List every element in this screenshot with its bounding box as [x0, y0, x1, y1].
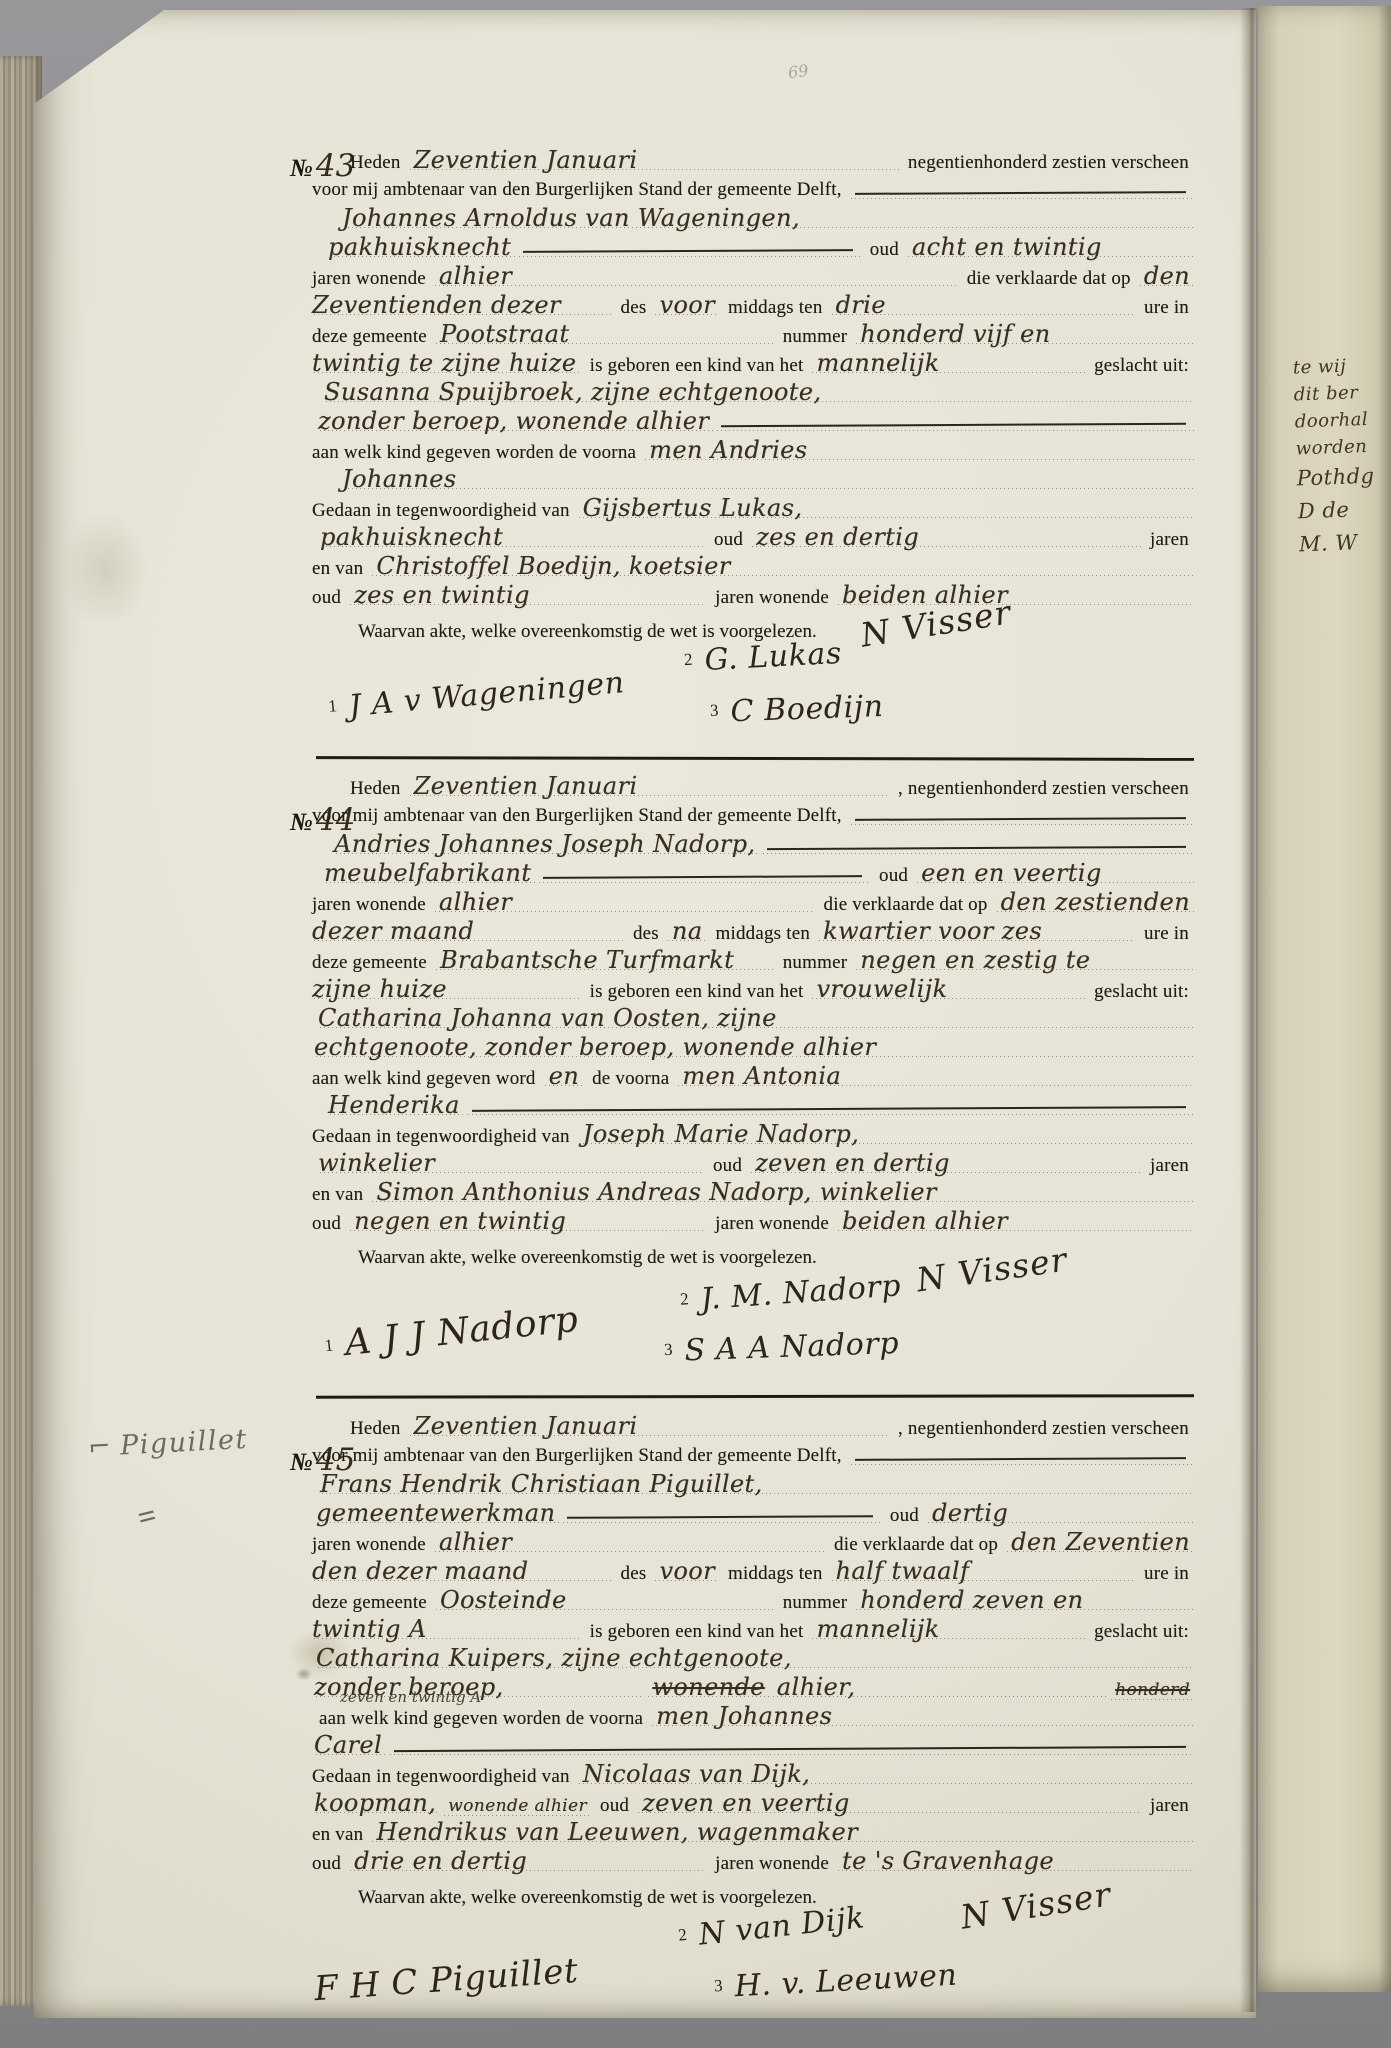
margin-note-line: doorhal	[1294, 404, 1391, 436]
form-row: Johannes Arnoldus van Wageningen,	[312, 204, 1196, 233]
handwritten-entry: wonende alhier	[442, 1792, 593, 1821]
pen-stroke	[561, 1499, 883, 1528]
signature-name: F H C Piguillet	[313, 1951, 580, 2009]
printed-form-text: is geboren een kind van het	[583, 351, 811, 380]
handwritten-entry: pakhuisknecht	[328, 233, 517, 262]
form-row: pakhuisknechtoudzes en dertigjaren	[312, 523, 1196, 552]
handwritten-entry: alhier	[433, 1528, 827, 1557]
printed-form-text: jaren wonende	[708, 1849, 836, 1878]
handwritten-entry: acht en twintig	[906, 233, 1196, 262]
printed-form-text: is geboren een kind van het	[583, 977, 811, 1006]
printed-form-text: deze gemeente	[312, 322, 434, 351]
signature-name: C Boedijn	[730, 689, 884, 729]
handwritten-entry: men Andries	[643, 436, 1196, 465]
form-row: deze gemeenteOosteindenummerhonderd zeve…	[312, 1586, 1196, 1615]
printed-form-text: jaren	[1143, 1791, 1196, 1820]
printed-form-text: Heden	[350, 1414, 408, 1443]
handwritten-entry: koopman,	[314, 1789, 442, 1818]
signature-index-label: 1	[328, 696, 338, 716]
handwritten-entry: den dezer maand	[312, 1557, 614, 1586]
printed-form-text: en van	[312, 1820, 370, 1849]
printed-form-text: nummer	[776, 322, 855, 351]
printed-form-text: oud	[593, 1791, 636, 1820]
handwritten-entry: alhier	[433, 262, 960, 291]
printed-form-text: ure in	[1137, 919, 1196, 948]
handwritten-entry: negen en twintig	[348, 1207, 708, 1236]
form-row: Henderika	[312, 1091, 1196, 1120]
printed-form-text: voor mij ambtenaar van den Burgerlijken …	[312, 801, 849, 830]
handwritten-entry: meubelfabrikant	[324, 859, 537, 888]
pen-stroke	[761, 830, 1196, 859]
handwritten-entry: kwartier voor zes	[817, 917, 1137, 946]
handwritten-entry: zijne huize	[312, 975, 583, 1004]
handwritten-entry: Simon Anthonius Andreas Nadorp, winkelie…	[370, 1178, 1196, 1207]
handwritten-entry: na	[666, 917, 709, 946]
signature-1: 1A J J Nadorp	[323, 1299, 581, 1366]
printed-form-text: oud	[706, 1151, 749, 1180]
printed-form-text: aan welk kind gegeven worden de voorna	[312, 438, 643, 467]
printed-form-text: jaren	[1143, 525, 1196, 554]
handwritten-entry: Zeventienden dezer	[312, 291, 614, 320]
birth-record-45: №45 HedenZeventien Januari, negentienhon…	[312, 1412, 1196, 2048]
pen-stroke	[466, 1091, 1196, 1120]
signature-index-label: 2	[679, 1289, 689, 1309]
printed-form-text: en van	[312, 1180, 370, 1209]
handwritten-entry: Hendrikus van Leeuwen, wagenmaker	[370, 1818, 1196, 1847]
signature-index-label: 1	[324, 1335, 334, 1355]
handwritten-entry: zonder beroep, wonende alhier	[318, 407, 715, 436]
signature-name: S A A Nadorp	[684, 1326, 900, 1368]
signature-index-label: 3	[714, 1976, 723, 1995]
form-row: Frans Hendrik Christiaan Piguillet,	[312, 1470, 1196, 1499]
handwritten-entry: twintig te zijne huize	[312, 349, 583, 378]
handwritten-entry: den Zeventien	[1005, 1528, 1196, 1557]
printed-form-text: jaren wonende	[312, 890, 433, 919]
handwritten-entry: men Johannes	[650, 1702, 1196, 1731]
registry-scan: 69 №43 HedenZeventien Januarinegentienho…	[0, 0, 1391, 2048]
handwritten-entry: Johannes Arnoldus van Wageningen,	[342, 204, 1196, 233]
printed-form-text: aan welk kind gegeven word	[312, 1064, 543, 1093]
handwritten-entry: mannelijk	[810, 1615, 1087, 1644]
form-row: koopman,wonende alhieroudzeven en veerti…	[312, 1789, 1196, 1818]
printed-form-text: oud	[883, 1501, 926, 1530]
form-row: Zeventienden dezerdesvoormiddags tendrie…	[312, 291, 1196, 320]
printed-form-text: jaren	[1143, 1151, 1196, 1180]
handwritten-entry: te 's Gravenhage	[836, 1847, 1196, 1876]
handwritten-entry: Zeventien Januari	[408, 1412, 891, 1441]
pen-stroke	[849, 801, 1196, 830]
printed-form-text: Gedaan in tegenwoordigheid van	[312, 1122, 577, 1151]
signature-index-label: 2	[677, 1925, 687, 1945]
handwritten-entry: echtgenoote, zonder beroep, wonende alhi…	[314, 1033, 1196, 1062]
printed-form-text: oud	[312, 1209, 348, 1238]
handwritten-entry: honderd zeven en	[854, 1586, 1196, 1615]
form-row: deze gemeenteBrabantsche Turfmarktnummer…	[312, 946, 1196, 975]
handwritten-entry: Catharina Kuipers, zijne echtgenoote,	[316, 1644, 1196, 1673]
form-row: meubelfabrikantoudeen en veertig	[312, 859, 1196, 888]
form-row: jaren wonendealhierdie verklaarde dat op…	[312, 262, 1196, 291]
handwritten-entry: voor	[653, 291, 721, 320]
handwritten-entry: zeven en dertig	[749, 1149, 1143, 1178]
printed-form-text: Heden	[350, 148, 408, 177]
printed-form-text: voor mij ambtenaar van den Burgerlijken …	[312, 175, 849, 204]
printed-form-text: ure in	[1137, 293, 1196, 322]
handwritten-entry: men Antonia	[676, 1062, 1196, 1091]
form-row: deze gemeentePootstraatnummerhonderd vij…	[312, 320, 1196, 349]
printed-form-text: geslacht uit:	[1087, 1617, 1196, 1646]
printed-form-text: Gedaan in tegenwoordigheid van	[312, 1762, 577, 1791]
handwritten-entry: vrouwelijk	[810, 975, 1087, 1004]
numero-symbol: №	[290, 155, 313, 183]
numero-symbol: №	[290, 809, 313, 837]
form-row: HedenZeventien Januari, negentienhonderd…	[312, 772, 1196, 801]
printed-form-text: jaren wonende	[708, 583, 836, 612]
next-page-sliver	[1258, 6, 1391, 1992]
pen-stroke	[715, 407, 1196, 436]
form-row: Andries Johannes Joseph Nadorp,	[312, 830, 1196, 859]
printed-form-text: deze gemeente	[312, 1588, 434, 1617]
printed-form-text: jaren wonende	[708, 1209, 836, 1238]
form-row: Susanna Spuijbroek, zijne echtgenoote,	[312, 378, 1196, 407]
printed-form-text: negentienhonderd zestien verscheen	[901, 148, 1196, 177]
pen-stroke	[517, 233, 863, 262]
signature-1: F H C Piguillet	[313, 1951, 580, 2009]
record-body: HedenZeventien Januari, negentienhonderd…	[312, 772, 1196, 1236]
numero-symbol: №	[290, 1449, 313, 1477]
signature-2: 2J. M. Nadorp	[679, 1268, 902, 1318]
form-row: voor mij ambtenaar van den Burgerlijken …	[312, 1441, 1196, 1470]
handwritten-entry: Frans Hendrik Christiaan Piguillet,	[320, 1470, 1196, 1499]
interline-note: zeven en twintig A	[340, 1690, 481, 1704]
signature-name: J A v Wageningen	[347, 665, 625, 724]
handwritten-entry: een en veertig	[915, 859, 1196, 888]
margin-note-line: dit ber	[1293, 377, 1391, 409]
signature-name: A J J Nadorp	[343, 1299, 580, 1364]
signature-index-label: 3	[710, 701, 719, 720]
printed-form-text: geslacht uit:	[1087, 351, 1196, 380]
form-row: ouddrie en dertigjaren wonendete 's Grav…	[312, 1847, 1196, 1876]
form-row: en vanSimon Anthonius Andreas Nadorp, wi…	[312, 1178, 1196, 1207]
handwritten-entry: drie en dertig	[348, 1847, 708, 1876]
record-body: HedenZeventien Januarinegentienhonderd z…	[312, 146, 1196, 610]
handwritten-entry: gemeentewerkman	[316, 1499, 561, 1528]
printed-form-text: geslacht uit:	[1087, 977, 1196, 1006]
pencil-corner-mark: ⌐	[87, 1431, 113, 1463]
form-row: den dezer maanddesvoormiddags tenhalf tw…	[312, 1557, 1196, 1586]
signature-3: 3C Boedijn	[709, 689, 884, 730]
signature-name: J. M. Nadorp	[699, 1268, 902, 1317]
form-row: HedenZeventien Januarinegentienhonderd z…	[312, 146, 1196, 175]
form-row: winkelieroudzeven en dertigjaren	[312, 1149, 1196, 1178]
printed-form-text: nummer	[776, 948, 855, 977]
handwritten-entry: zes en dertig	[750, 523, 1143, 552]
form-row: oudzes en twintigjaren wonendebeiden alh…	[312, 581, 1196, 610]
signature-index-label: 2	[684, 650, 693, 669]
printed-form-text: oud	[312, 1849, 348, 1878]
handwritten-entry: Johannes	[342, 465, 1196, 494]
form-row: Catharina Johanna van Oosten, zijne	[312, 1004, 1196, 1033]
handwritten-entry: Pootstraat	[434, 320, 776, 349]
form-row: oudnegen en twintigjaren wonendebeiden a…	[312, 1207, 1196, 1236]
handwritten-entry: honderd vijf en	[854, 320, 1196, 349]
handwritten-entry: zeven en veertig	[636, 1789, 1143, 1818]
form-row: jaren wonendealhierdie verklaarde dat op…	[312, 1528, 1196, 1557]
printed-form-text: des	[626, 919, 666, 948]
printed-form-text: Gedaan in tegenwoordigheid van	[312, 496, 577, 525]
pen-stroke	[849, 175, 1196, 204]
form-row: zijne huizeis geboren een kind van hetvr…	[312, 975, 1196, 1004]
signature-3: 3H. v. Leeuwen	[713, 1958, 958, 2006]
form-row: aan welk kind gegeven wordende voornamen…	[312, 1062, 1196, 1091]
handwritten-entry: half twaalf	[830, 1557, 1138, 1586]
printed-form-text: de voorna	[585, 1064, 676, 1093]
form-row: twintig Ais geboren een kind van hetmann…	[312, 1615, 1196, 1644]
form-row: voor mij ambtenaar van den Burgerlijken …	[312, 175, 1196, 204]
handwritten-entry: dertig	[926, 1499, 1196, 1528]
printed-form-text: middags ten	[708, 919, 817, 948]
printed-form-text: , negentienhonderd zestien verscheen	[891, 1414, 1196, 1443]
handwritten-entry: Carel	[314, 1731, 388, 1760]
printed-form-text: is geboren een kind van het	[583, 1617, 811, 1646]
handwritten-entry: alhier,	[771, 1673, 1109, 1702]
form-row: gemeentewerkmanouddertig	[312, 1499, 1196, 1528]
printed-form-text: des	[614, 293, 654, 322]
handwritten-entry: twintig A	[312, 1615, 583, 1644]
printed-form-text: oud	[707, 525, 750, 554]
handwritten-entry: winkelier	[318, 1149, 706, 1178]
margin-note-line: M. W	[1299, 524, 1391, 562]
handwritten-entry: Zeventien Januari	[408, 772, 891, 801]
form-row: Johannes	[312, 465, 1196, 494]
handwritten-entry: en	[543, 1062, 585, 1091]
record-body: HedenZeventien Januari, negentienhonderd…	[312, 1412, 1196, 1876]
handwritten-entry: den zestienden	[995, 888, 1196, 917]
birth-record-44: №44 HedenZeventien Januari, negentienhon…	[312, 772, 1196, 1396]
pencil-mark: 69	[787, 61, 810, 83]
printed-form-text: die verklaarde dat op	[827, 1530, 1005, 1559]
margin-note-line: te wij	[1292, 350, 1391, 382]
handwritten-entry: wonende	[646, 1673, 770, 1702]
printed-form-text: middags ten	[721, 293, 830, 322]
handwritten-entry: honderd	[1109, 1676, 1196, 1705]
printed-form-text: des	[614, 1559, 654, 1588]
printed-form-text: die verklaarde dat op	[817, 890, 995, 919]
signature-3: 3S A A Nadorp	[663, 1326, 899, 1369]
form-row: twintig te zijne huizeis geboren een kin…	[312, 349, 1196, 378]
printed-form-text: aan welk kind gegeven worden de voorna	[312, 1704, 650, 1733]
printed-form-text: voor mij ambtenaar van den Burgerlijken …	[312, 1441, 849, 1470]
handwritten-entry: Joseph Marie Nadorp,	[577, 1120, 1196, 1149]
handwritten-entry: beiden alhier	[836, 581, 1196, 610]
handwritten-entry: den	[1138, 262, 1196, 291]
handwritten-entry: Catharina Johanna van Oosten, zijne	[318, 1004, 1196, 1033]
printed-form-text: deze gemeente	[312, 948, 434, 977]
signature-1: 1J A v Wageningen	[327, 665, 626, 726]
form-row: HedenZeventien Januari, negentienhonderd…	[312, 1412, 1196, 1441]
handwritten-entry: dezer maand	[312, 917, 626, 946]
printed-form-text: ure in	[1137, 1559, 1196, 1588]
form-row: en vanHendrikus van Leeuwen, wagenmaker	[312, 1818, 1196, 1847]
form-row: zeven en twintig Aaan welk kind gegeven …	[312, 1702, 1196, 1731]
printed-form-text: jaren wonende	[312, 1530, 433, 1559]
signature-registrar: N Visser	[958, 1874, 1114, 1936]
printed-form-text: , negentienhonderd zestien verscheen	[891, 774, 1196, 803]
handwritten-entry: Gijsbertus Lukas,	[577, 494, 1196, 523]
form-row: voor mij ambtenaar van den Burgerlijken …	[312, 801, 1196, 830]
signature-name: G. Lukas	[704, 636, 843, 678]
handwritten-entry: Christoffel Boedijn, koetsier	[370, 552, 1196, 581]
margin-note-line: Pothdg	[1296, 458, 1391, 496]
handwritten-entry: zes en twintig	[348, 581, 708, 610]
handwritten-entry: negen en zestig te	[854, 946, 1196, 975]
handwritten-entry: voor	[653, 1557, 721, 1586]
form-row: pakhuisknechtoudacht en twintig	[312, 233, 1196, 262]
handwritten-entry: Zeventien Januari	[408, 146, 901, 175]
printed-form-text: middags ten	[721, 1559, 830, 1588]
printed-form-text: Heden	[350, 774, 408, 803]
margin-note-ink: te wijdit berdoorhalwordenPothdgD deM. W	[1292, 350, 1391, 562]
handwritten-entry: Henderika	[328, 1091, 466, 1120]
handwritten-entry: beiden alhier	[836, 1207, 1196, 1236]
form-row: Gedaan in tegenwoordigheid vanNicolaas v…	[312, 1760, 1196, 1789]
printed-form-text: oud	[863, 235, 906, 264]
printed-form-text: die verklaarde dat op	[960, 264, 1138, 293]
handwritten-entry: alhier	[433, 888, 817, 917]
pen-stroke	[388, 1731, 1196, 1760]
handwritten-entry: Oosteinde	[434, 1586, 776, 1615]
handwritten-entry: pakhuisknecht	[320, 523, 707, 552]
margin-note-line: D de	[1297, 491, 1391, 529]
pen-stroke	[537, 859, 872, 888]
printed-form-text: oud	[872, 861, 915, 890]
form-row: Catharina Kuipers, zijne echtgenoote,	[312, 1644, 1196, 1673]
signature-index-label: 3	[664, 1340, 673, 1359]
signature-2: 2G. Lukas	[683, 636, 843, 679]
birth-record-43: №43 HedenZeventien Januarinegentienhonde…	[312, 146, 1196, 758]
handwritten-entry: drie	[830, 291, 1138, 320]
handwritten-entry: Susanna Spuijbroek, zijne echtgenoote,	[324, 378, 1196, 407]
form-row: Gedaan in tegenwoordigheid vanGijsbertus…	[312, 494, 1196, 523]
form-row: jaren wonendealhierdie verklaarde dat op…	[312, 888, 1196, 917]
form-row: Carel	[312, 1731, 1196, 1760]
form-row: aan welk kind gegeven worden de voorname…	[312, 436, 1196, 465]
form-row: echtgenoote, zonder beroep, wonende alhi…	[312, 1033, 1196, 1062]
printed-form-text: jaren wonende	[312, 264, 433, 293]
form-row: Gedaan in tegenwoordigheid vanJoseph Mar…	[312, 1120, 1196, 1149]
pen-stroke	[849, 1441, 1196, 1470]
signature-name: H. v. Leeuwen	[734, 1958, 959, 2005]
form-row: zonder beroep, wonende alhier	[312, 407, 1196, 436]
handwritten-entry: Brabantsche Turfmarkt	[434, 946, 776, 975]
signature-name: N Visser	[958, 1874, 1114, 1936]
printed-form-text: nummer	[776, 1588, 855, 1617]
margin-note-line: worden	[1295, 431, 1391, 463]
form-row: dezer maanddesnamiddags tenkwartier voor…	[312, 917, 1196, 946]
printed-form-text: oud	[312, 583, 348, 612]
handwritten-entry: Nicolaas van Dijk,	[577, 1760, 1196, 1789]
handwritten-entry: mannelijk	[810, 349, 1087, 378]
form-row: en vanChristoffel Boedijn, koetsier	[312, 552, 1196, 581]
handwritten-entry: Andries Johannes Joseph Nadorp,	[334, 830, 761, 859]
printed-form-text: en van	[312, 554, 370, 583]
